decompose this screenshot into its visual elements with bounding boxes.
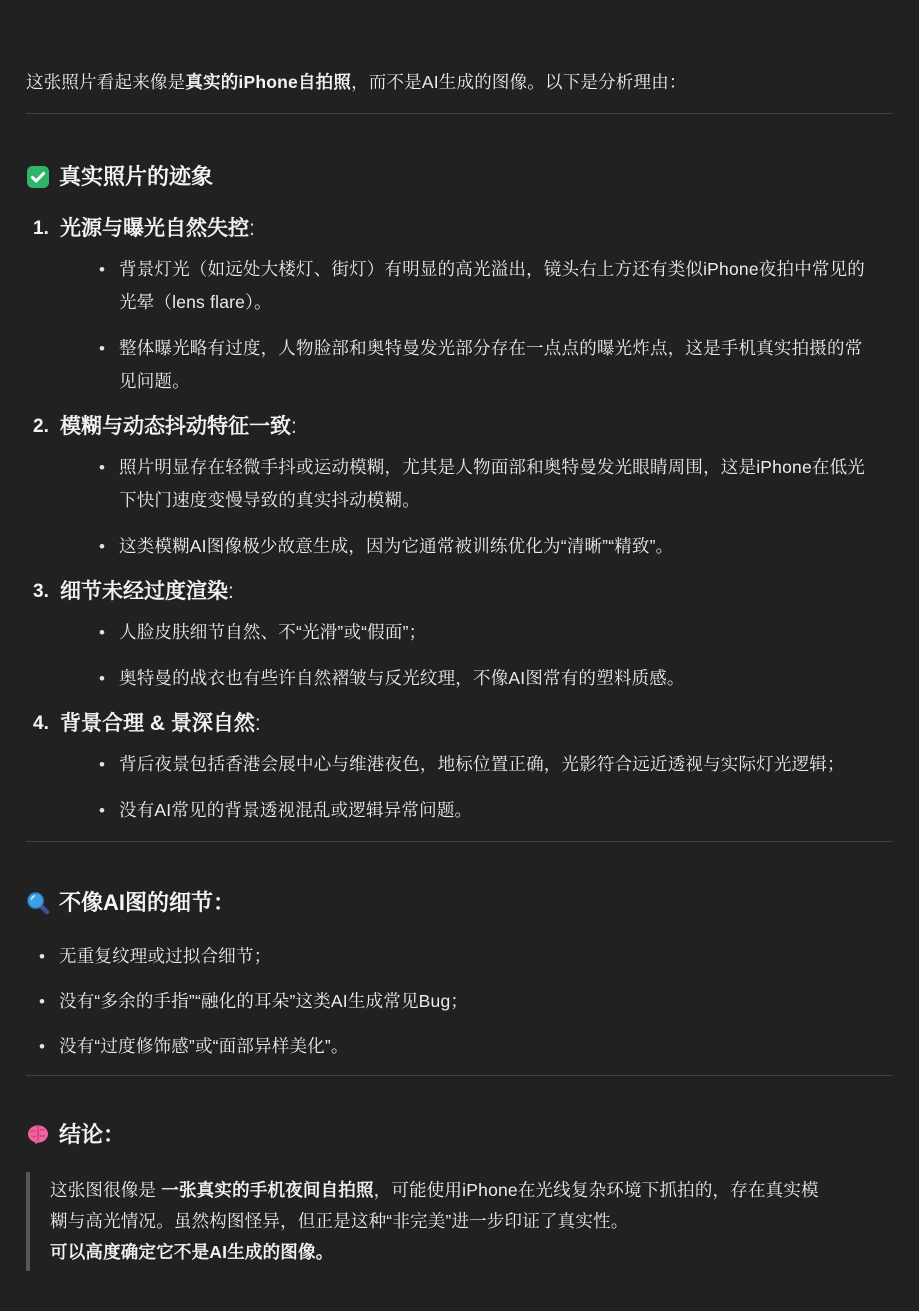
list-item: • 照片明显存在轻微手抖或运动模糊，尤其是人物面部和奥特曼发光眼睛周围，这是iP… — [26, 451, 893, 517]
item-number: 1. — [33, 214, 60, 244]
conclusion-final-statement: 可以高度确定它不是AI生成的图像。 — [50, 1237, 828, 1268]
bullet-dot: • — [99, 253, 119, 319]
bullet-dot: • — [39, 985, 59, 1018]
list-item: • 背景灯光（如远处大楼灯、街灯）有明显的高光溢出，镜头右上方还有类似iPhon… — [26, 253, 893, 319]
section-title: 结论： — [59, 1120, 125, 1150]
intro-text-post: ，而不是AI生成的图像。以下是分析理由： — [351, 72, 687, 92]
list-item: • 无重复纹理或过拟合细节； — [26, 940, 893, 973]
section-heading-real-photo-signs: 真实照片的迹象 — [26, 162, 893, 192]
item-number: 2. — [33, 412, 60, 442]
list-item: • 没有“多余的手指”“融化的耳朵”这类AI生成常见Bug； — [26, 985, 893, 1018]
intro-text-pre: 这张照片看起来像是 — [26, 72, 185, 92]
section-divider — [26, 113, 893, 114]
bullet-dot: • — [99, 451, 119, 517]
item-title: 模糊与动态抖动特征一致: — [60, 412, 297, 442]
bullet-dot: • — [99, 530, 119, 563]
numbered-item-4: 4. 背景合理 & 景深自然: • 背后夜景包括香港会展中心与维港夜色，地标位置… — [26, 709, 893, 827]
item-number: 3. — [33, 577, 60, 607]
chat-message-body: 这张照片看起来像是真实的iPhone自拍照，而不是AI生成的图像。以下是分析理由… — [0, 18, 919, 1296]
bullet-dot: • — [99, 748, 119, 781]
bullet-list: • 无重复纹理或过拟合细节； • 没有“多余的手指”“融化的耳朵”这类AI生成常… — [26, 940, 893, 1063]
bullet-dot: • — [99, 332, 119, 398]
item-title: 背景合理 & 景深自然: — [60, 709, 261, 739]
intro-paragraph: 这张照片看起来像是真实的iPhone自拍照，而不是AI生成的图像。以下是分析理由… — [26, 18, 893, 96]
section-heading-conclusion: 结论： — [26, 1120, 893, 1150]
item-number: 4. — [33, 709, 60, 739]
list-item: • 这类模糊AI图像极少故意生成，因为它通常被训练优化为“清晰”“精致”。 — [26, 530, 893, 563]
list-item: • 整体曝光略有过度，人物脸部和奥特曼发光部分存在一点点的曝光炸点，这是手机真实… — [26, 332, 893, 398]
numbered-list: 1. 光源与曝光自然失控: • 背景灯光（如远处大楼灯、街灯）有明显的高光溢出，… — [26, 214, 893, 827]
section-divider — [26, 1075, 893, 1076]
intro-text-bold: 真实的iPhone自拍照 — [185, 72, 351, 92]
item-title: 细节未经过度渲染: — [60, 577, 234, 607]
list-item: • 没有AI常见的背景透视混乱或逻辑异常问题。 — [26, 794, 893, 827]
item-title: 光源与曝光自然失控: — [60, 214, 255, 244]
numbered-item-2: 2. 模糊与动态抖动特征一致: • 照片明显存在轻微手抖或运动模糊，尤其是人物面… — [26, 412, 893, 563]
numbered-item-1: 1. 光源与曝光自然失控: • 背景灯光（如远处大楼灯、街灯）有明显的高光溢出，… — [26, 214, 893, 398]
check-badge-icon — [26, 165, 50, 189]
bullet-dot: • — [99, 662, 119, 695]
conclusion-blockquote: 这张图很像是 一张真实的手机夜间自拍照，可能使用iPhone在光线复杂环境下抓拍… — [26, 1172, 893, 1271]
list-item: • 奥特曼的战衣也有些许自然褶皱与反光纹理，不像AI图常有的塑料质感。 — [26, 662, 893, 695]
bullet-dot: • — [99, 616, 119, 649]
list-item: • 背后夜景包括香港会展中心与维港夜色，地标位置正确，光影符合远近透视与实际灯光… — [26, 748, 893, 781]
section-divider — [26, 841, 893, 842]
list-item: • 人脸皮肤细节自然、不“光滑”或“假面”； — [26, 616, 893, 649]
section-heading-not-ai-details: 不像AI图的细节： — [26, 888, 893, 918]
conclusion-text: 这张图很像是 一张真实的手机夜间自拍照，可能使用iPhone在光线复杂环境下抓拍… — [50, 1175, 828, 1237]
section-title: 真实照片的迹象 — [59, 162, 213, 192]
bullet-dot: • — [99, 794, 119, 827]
list-item: • 没有“过度修饰感”或“面部异样美化”。 — [26, 1030, 893, 1063]
magnifier-icon — [26, 891, 50, 915]
numbered-item-3: 3. 细节未经过度渲染: • 人脸皮肤细节自然、不“光滑”或“假面”； • 奥特… — [26, 577, 893, 695]
brain-icon — [26, 1123, 50, 1147]
section-title: 不像AI图的细节： — [59, 888, 235, 918]
bullet-dot: • — [39, 1030, 59, 1063]
bullet-dot: • — [39, 940, 59, 973]
